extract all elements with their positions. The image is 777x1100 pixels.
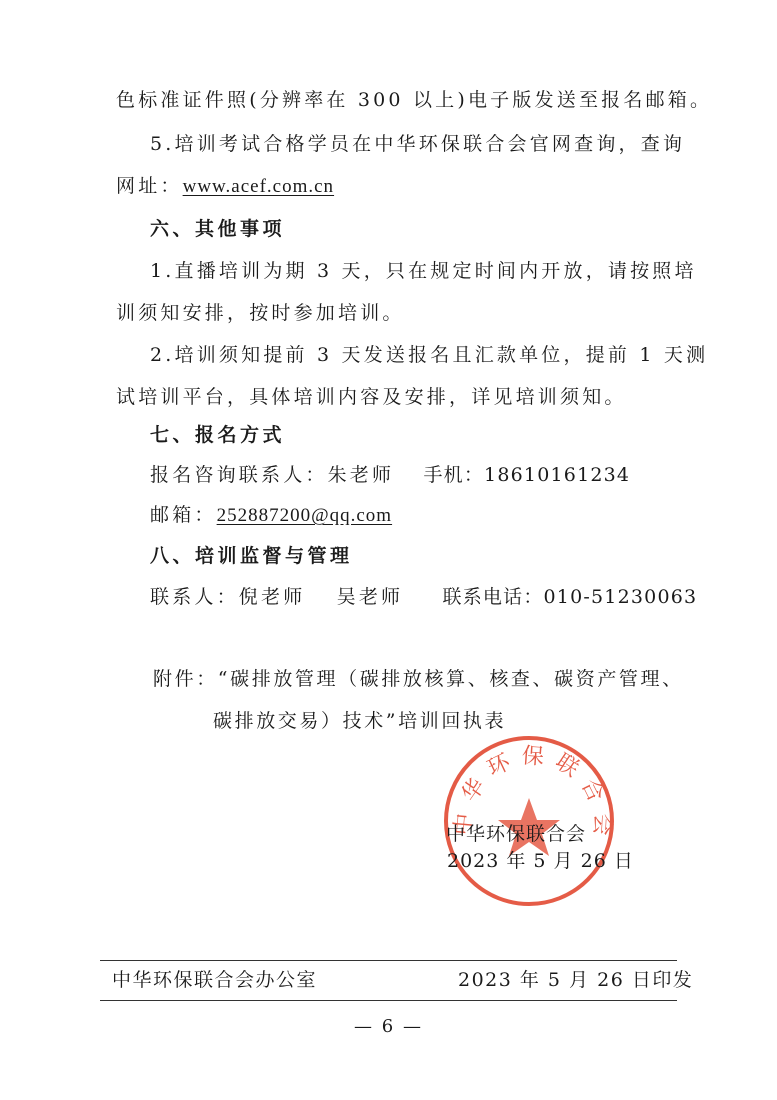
attachment-line-2: 碳排放交易）技术”培训回执表 xyxy=(213,709,506,733)
section-6-heading: 六、其他事项 xyxy=(150,217,285,241)
page-number: — 6 — xyxy=(0,1016,777,1037)
footer-issued-date: 2023 年 5 月 26 日印发 xyxy=(458,968,693,992)
paragraph-photo-requirement: 色标准证件照(分辨率在 300 以上)电子版发送至报名邮箱。 xyxy=(116,88,712,112)
url-label: 网址： xyxy=(116,175,183,197)
registration-contact: 报名咨询联系人：朱老师 手机：18610161234 xyxy=(150,463,630,487)
email-label: 邮箱： xyxy=(150,504,217,526)
section-6-item-2-line-2: 试培训平台，具体培训内容及安排，详见培训须知。 xyxy=(116,385,627,409)
contact-ni: 联系人：倪老师 xyxy=(150,586,305,608)
footer-rule-top xyxy=(100,960,677,961)
footer-office: 中华环保联合会办公室 xyxy=(112,968,317,992)
official-seal: 中华环保联合会 xyxy=(444,736,614,906)
contact-person: 报名咨询联系人：朱老师 xyxy=(150,464,394,486)
contact-wu: 吴老师 xyxy=(337,586,404,608)
attachment-line-1: 附件：“碳排放管理（碳排放核算、核查、碳资产管理、 xyxy=(153,667,684,691)
email-link[interactable]: 252887200@qq.com xyxy=(217,505,392,526)
website-link[interactable]: www.acef.com.cn xyxy=(183,176,334,197)
supervision-contacts: 联系人：倪老师 吴老师 联系电话：010-51230063 xyxy=(150,585,697,609)
signature-org: 中华环保联合会 xyxy=(446,822,586,846)
section-6-item-1-line-1: 1.直播培训为期 3 天，只在规定时间内开放，请按照培 xyxy=(150,259,697,283)
section-6-item-2-line-1: 2.培训须知提前 3 天发送报名且汇款单位，提前 1 天测 xyxy=(150,343,708,367)
section-8-heading: 八、培训监督与管理 xyxy=(150,544,353,568)
contact-phone: 手机：18610161234 xyxy=(423,464,630,486)
section-6-item-1-line-2: 训须知安排，按时参加培训。 xyxy=(116,301,405,325)
registration-email: 邮箱：252887200@qq.com xyxy=(150,503,392,528)
item-5-line-1: 5.培训考试合格学员在中华环保联合会官网查询，查询 xyxy=(150,132,685,156)
signature-date: 2023 年 5 月 26 日 xyxy=(447,849,634,873)
section-7-heading: 七、报名方式 xyxy=(150,423,285,447)
item-5-line-2: 网址：www.acef.com.cn xyxy=(116,174,334,199)
supervision-phone: 联系电话：010-51230063 xyxy=(443,586,698,608)
footer-rule-bottom xyxy=(100,1000,677,1001)
